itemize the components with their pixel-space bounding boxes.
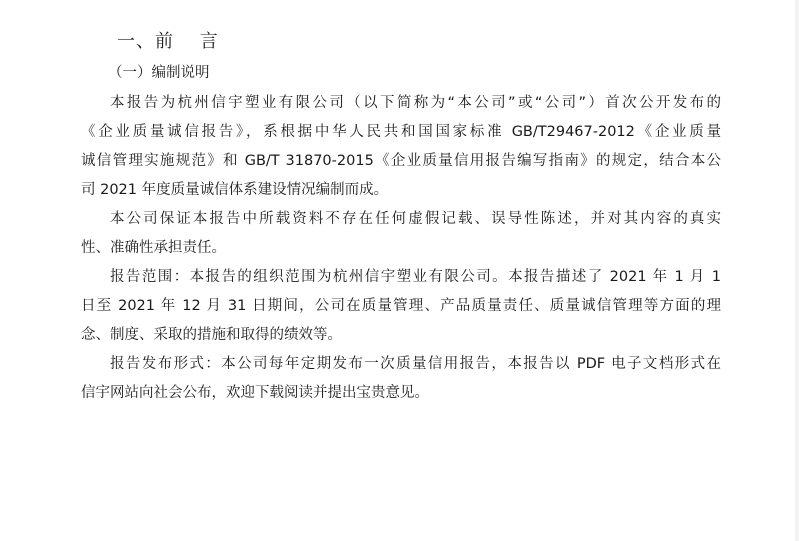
text-line: 本报告为杭州信宇塑业有限公司（以下简称为“本公司”或“公司”）首次公开发布的 <box>81 89 721 118</box>
paragraph-report-scope: 报告范围：本报告的组织范围为杭州信宇塑业有限公司。本报告描述了 2021 年 1… <box>81 263 721 350</box>
text-line: 信宇网站向社会公布，欢迎下载阅读并提出宝贵意见。 <box>81 379 721 408</box>
text-line: 念、制度、采取的措施和取得的绩效等。 <box>81 321 721 350</box>
body-text: 本报告为杭州信宇塑业有限公司（以下简称为“本公司”或“公司”）首次公开发布的 《… <box>81 89 721 408</box>
subsection-heading: （一）编制说明 <box>108 60 210 86</box>
text-line: 诚信管理实施规范》和 GB/T 31870-2015《企业质量信用报告编写指南》… <box>81 147 721 176</box>
paragraph-publication-form: 报告发布形式：本公司每年定期发布一次质量信用报告，本报告以 PDF 电子文档形式… <box>81 350 721 408</box>
section-heading: 一、前 言 <box>117 28 219 56</box>
text-line: 日至 2021 年 12 月 31 日期间，公司在质量管理、产品质量责任、质量诚… <box>81 292 721 321</box>
text-line: 报告发布形式：本公司每年定期发布一次质量信用报告，本报告以 PDF 电子文档形式… <box>81 350 721 379</box>
text-line: 《企业质量诚信报告》，系根据中华人民共和国国家标准 GB/T29467-2012… <box>81 118 721 147</box>
page-edge <box>795 0 799 541</box>
text-line: 性、准确性承担责任。 <box>81 234 721 263</box>
text-line: 司 2021 年度质量诚信体系建设情况编制而成。 <box>81 176 721 205</box>
paragraph-compilation-basis: 本报告为杭州信宇塑业有限公司（以下简称为“本公司”或“公司”）首次公开发布的 《… <box>81 89 721 205</box>
text-line: 本公司保证本报告中所载资料不存在任何虚假记载、误导性陈述，并对其内容的真实 <box>81 205 721 234</box>
paragraph-accuracy-statement: 本公司保证本报告中所载资料不存在任何虚假记载、误导性陈述，并对其内容的真实 性、… <box>81 205 721 263</box>
text-line: 报告范围：本报告的组织范围为杭州信宇塑业有限公司。本报告描述了 2021 年 1… <box>81 263 721 292</box>
document-page: 一、前 言 （一）编制说明 本报告为杭州信宇塑业有限公司（以下简称为“本公司”或… <box>0 0 795 541</box>
